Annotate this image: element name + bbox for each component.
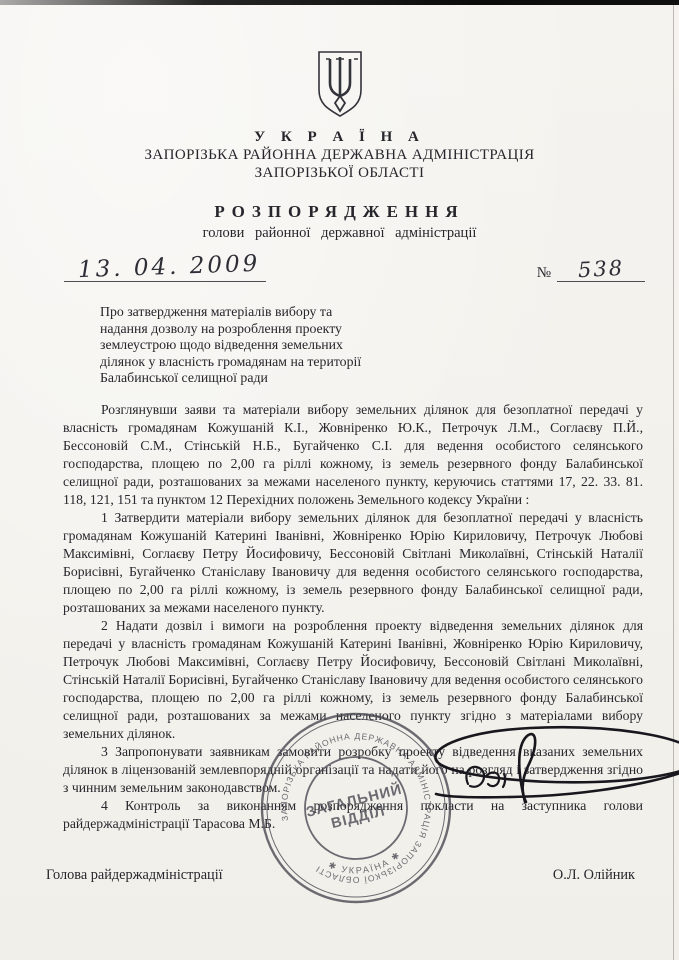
org-name-line2: ЗАПОРІЗЬКОЇ ОБЛАСТІ bbox=[0, 165, 679, 182]
handwritten-number: 538 bbox=[577, 256, 624, 282]
number-underline: 538 bbox=[557, 257, 645, 282]
document-header: У К Р А Ї Н А ЗАПОРІЗЬКА РАЙОННА ДЕРЖАВН… bbox=[0, 0, 679, 242]
org-name-line1: ЗАПОРІЗЬКА РАЙОННА ДЕРЖАВНА АДМІНІСТРАЦІ… bbox=[0, 147, 679, 164]
scan-edge-top bbox=[0, 0, 679, 5]
number-sign-label: № bbox=[537, 265, 551, 282]
subject-line: Балабинської селищної ради bbox=[100, 370, 420, 387]
country-title: У К Р А Ї Н А bbox=[0, 129, 679, 146]
signer-name: О.Л. Олійник bbox=[553, 867, 635, 884]
handwritten-signature bbox=[370, 712, 679, 832]
clause-1: 1 Затвердити матеріали вибору земельних … bbox=[63, 509, 643, 617]
date-field: 13. 04. 2009 bbox=[64, 254, 266, 282]
subject-line: землеустрою щодо відведення земельних bbox=[100, 337, 420, 354]
subject-block: Про затвердження матеріалів вибору та на… bbox=[100, 304, 420, 387]
subject-line: надання дозволу на розроблення проекту bbox=[100, 321, 420, 338]
subject-line: ділянок у власність громадянам на терито… bbox=[100, 354, 420, 371]
signer-position: Голова райдержадміністрації bbox=[46, 867, 223, 884]
document-type-title: РОЗПОРЯДЖЕННЯ bbox=[0, 202, 679, 222]
handwritten-date: 13. 04. 2009 bbox=[78, 251, 261, 283]
requisites-row: 13. 04. 2009 № 538 bbox=[0, 254, 679, 282]
scanned-document-page: У К Р А Ї Н А ЗАПОРІЗЬКА РАЙОННА ДЕРЖАВН… bbox=[0, 0, 679, 960]
document-subtitle: голови районної державної адміністрації bbox=[0, 225, 679, 242]
ukraine-trident-emblem-icon bbox=[317, 50, 363, 118]
subject-line: Про затвердження матеріалів вибору та bbox=[100, 304, 420, 321]
preamble-paragraph: Розглянувши заяви та матеріали вибору зе… bbox=[63, 401, 643, 509]
number-field: № 538 bbox=[537, 257, 645, 282]
